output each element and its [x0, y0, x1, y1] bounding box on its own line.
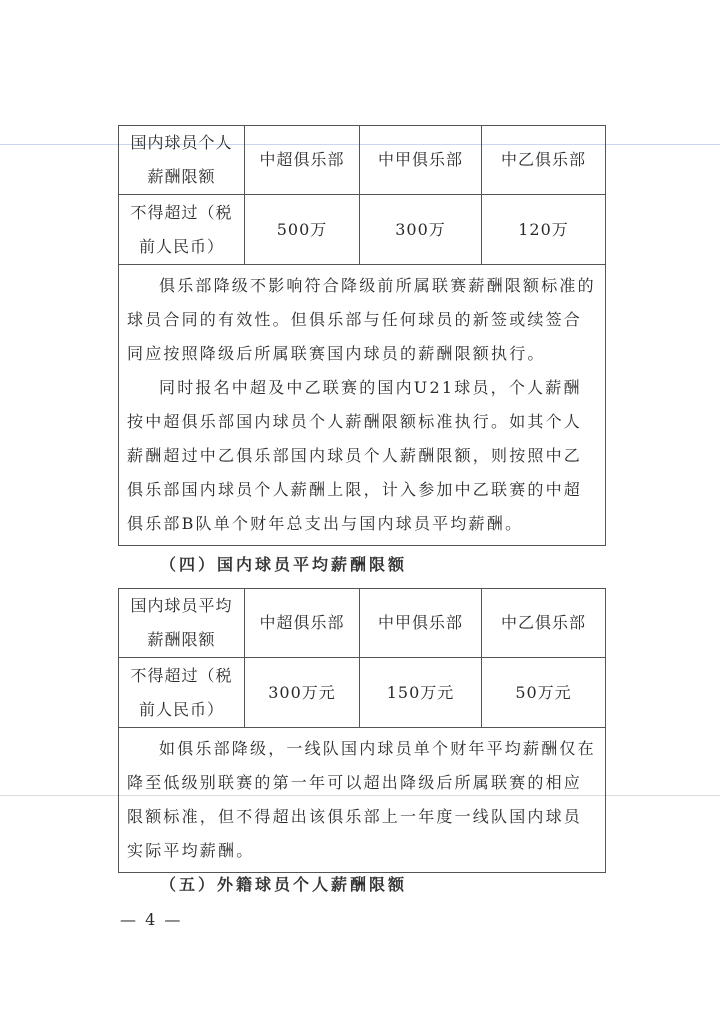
value-league-one: 150万元: [360, 658, 482, 728]
column-header-csl: 中超俱乐部: [245, 589, 360, 658]
row-label-line: 前人民币）: [119, 693, 244, 727]
row-label-line: 前人民币）: [119, 230, 244, 264]
row-label-line: 不得超过（税: [119, 196, 244, 230]
column-header-league-one: 中甲俱乐部: [360, 126, 482, 195]
note-cell: 俱乐部降级不影响符合降级前所属联赛薪酬限额标准的球员合同的有效性。但俱乐部与任何…: [119, 265, 606, 546]
value-league-two: 50万元: [482, 658, 606, 728]
table-header-row: 国内球员个人 薪酬限额 中超俱乐部 中甲俱乐部 中乙俱乐部: [119, 126, 606, 195]
row-label-cell: 不得超过（税 前人民币）: [119, 195, 245, 265]
note-paragraph: 俱乐部降级不影响符合降级前所属联赛薪酬限额标准的球员合同的有效性。但俱乐部与任何…: [127, 269, 597, 371]
row-label-line: 不得超过（税: [119, 659, 244, 693]
table-row: 不得超过（税 前人民币） 300万元 150万元 50万元: [119, 658, 606, 728]
domestic-individual-salary-cap-table: 国内球员个人 薪酬限额 中超俱乐部 中甲俱乐部 中乙俱乐部 不得超过（税 前人民…: [118, 125, 606, 546]
column-header-league-one: 中甲俱乐部: [360, 589, 482, 658]
column-header-league-two: 中乙俱乐部: [482, 589, 606, 658]
section-heading: （五）外籍球员个人薪酬限额: [160, 872, 407, 895]
header-label-cell: 国内球员个人 薪酬限额: [119, 126, 245, 195]
note-row: 俱乐部降级不影响符合降级前所属联赛薪酬限额标准的球员合同的有效性。但俱乐部与任何…: [119, 265, 606, 546]
value-csl: 500万: [245, 195, 360, 265]
value-csl: 300万元: [245, 658, 360, 728]
domestic-average-salary-cap-table: 国内球员平均 薪酬限额 中超俱乐部 中甲俱乐部 中乙俱乐部 不得超过（税 前人民…: [118, 588, 606, 873]
header-label-line: 薪酬限额: [119, 623, 244, 657]
section-heading: （四）国内球员平均薪酬限额: [160, 552, 407, 575]
page-number: — 4 —: [120, 910, 182, 929]
value-league-one: 300万: [360, 195, 482, 265]
header-label-line: 国内球员平均: [119, 589, 244, 623]
header-label-line: 薪酬限额: [119, 160, 244, 194]
note-paragraph: 同时报名中超及中乙联赛的国内U21球员，个人薪酬按中超俱乐部国内球员个人薪酬限额…: [127, 371, 597, 541]
header-label-cell: 国内球员平均 薪酬限额: [119, 589, 245, 658]
column-header-league-two: 中乙俱乐部: [482, 126, 606, 195]
table-row: 不得超过（税 前人民币） 500万 300万 120万: [119, 195, 606, 265]
table-header-row: 国内球员平均 薪酬限额 中超俱乐部 中甲俱乐部 中乙俱乐部: [119, 589, 606, 658]
note-cell: 如俱乐部降级，一线队国内球员单个财年平均薪酬仅在降至低级别联赛的第一年可以超出降…: [119, 728, 606, 873]
value-league-two: 120万: [482, 195, 606, 265]
note-paragraph: 如俱乐部降级，一线队国内球员单个财年平均薪酬仅在降至低级别联赛的第一年可以超出降…: [127, 732, 597, 868]
header-label-line: 国内球员个人: [119, 126, 244, 160]
column-header-csl: 中超俱乐部: [245, 126, 360, 195]
note-row: 如俱乐部降级，一线队国内球员单个财年平均薪酬仅在降至低级别联赛的第一年可以超出降…: [119, 728, 606, 873]
row-label-cell: 不得超过（税 前人民币）: [119, 658, 245, 728]
